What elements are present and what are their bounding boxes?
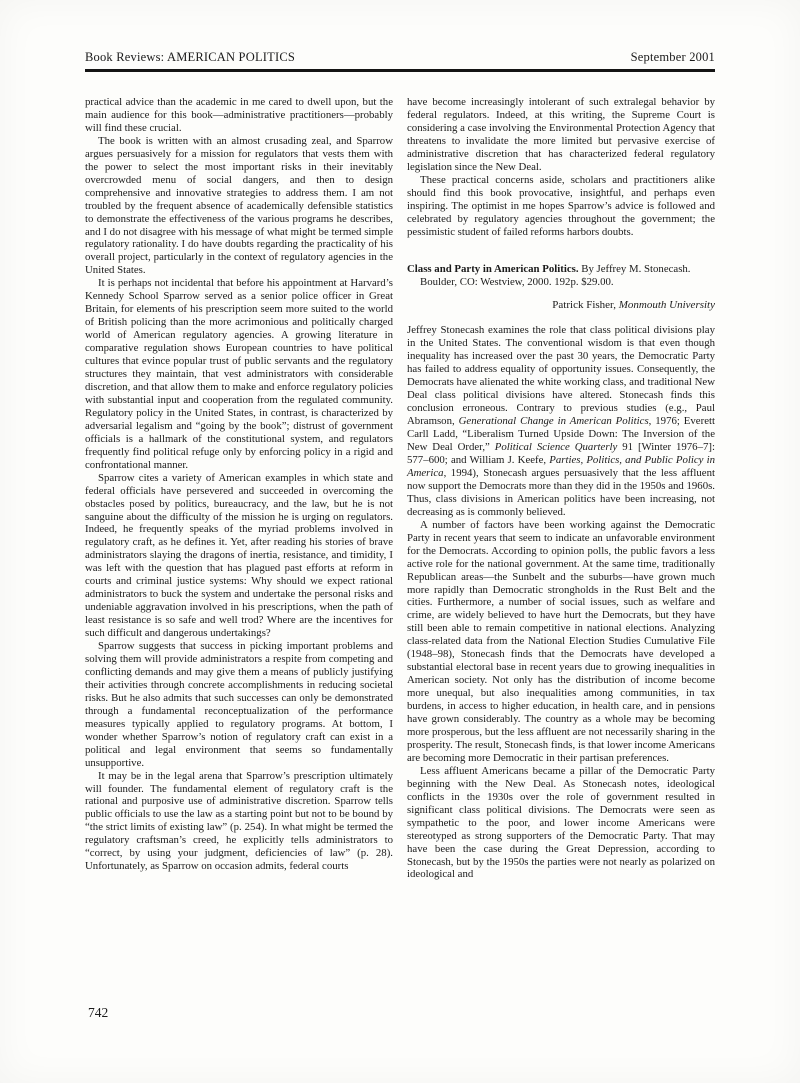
- paragraph: The book is written with an almost crusa…: [85, 135, 393, 277]
- bold-text: Class and Party in American Politics.: [407, 263, 579, 275]
- two-column-body: practical advice than the academic in me…: [85, 96, 715, 881]
- text-run: Patrick Fisher,: [552, 299, 618, 311]
- review-body: Jeffrey Stonecash examines the role that…: [407, 324, 715, 881]
- text-run: Sparrow cites a variety of American exam…: [85, 472, 393, 639]
- text-run: have become increasingly intolerant of s…: [407, 96, 715, 173]
- text-run: Less affluent Americans became a pillar …: [407, 765, 715, 881]
- paragraph: practical advice than the academic in me…: [85, 96, 393, 135]
- book-citation: Class and Party in American Politics. By…: [407, 263, 715, 289]
- reviewer-byline: Patrick Fisher, Monmouth University: [407, 299, 715, 312]
- paragraph: It is perhaps not incidental that before…: [85, 277, 393, 471]
- text-run: It is perhaps not incidental that before…: [85, 277, 393, 470]
- text-run: The book is written with an almost crusa…: [85, 135, 393, 277]
- text-run: A number of factors have been working ag…: [407, 519, 715, 764]
- text-run: practical advice than the academic in me…: [85, 96, 393, 134]
- paragraph: A number of factors have been working ag…: [407, 519, 715, 765]
- paragraph: It may be in the legal arena that Sparro…: [85, 770, 393, 874]
- review-continuation: have become increasingly intolerant of s…: [407, 96, 715, 238]
- paragraph: Sparrow cites a variety of American exam…: [85, 472, 393, 640]
- text-run: , 1994), Stonecash argues persuasively t…: [407, 467, 715, 518]
- italic-text: Monmouth University: [619, 299, 715, 311]
- page-number: 742: [88, 1005, 108, 1021]
- page-header: Book Reviews: AMERICAN POLITICS Septembe…: [85, 50, 715, 65]
- italic-text: Generational Change in American Politics: [459, 415, 649, 427]
- running-head: Book Reviews: AMERICAN POLITICS: [85, 50, 295, 65]
- left-column: practical advice than the academic in me…: [85, 96, 393, 881]
- text-run: These practical concerns aside, scholars…: [407, 174, 715, 238]
- issue-date: September 2001: [631, 50, 715, 65]
- paragraph: Less affluent Americans became a pillar …: [407, 765, 715, 882]
- header-rule: [85, 69, 715, 72]
- paragraph: have become increasingly intolerant of s…: [407, 96, 715, 174]
- italic-text: Political Science Quarterly: [495, 441, 618, 453]
- text-run: Jeffrey Stonecash examines the role that…: [407, 324, 715, 427]
- text-run: Sparrow suggests that success in picking…: [85, 640, 393, 769]
- paragraph: These practical concerns aside, scholars…: [407, 174, 715, 239]
- paragraph: Jeffrey Stonecash examines the role that…: [407, 324, 715, 518]
- text-run: It may be in the legal arena that Sparro…: [85, 770, 393, 873]
- paragraph: Sparrow suggests that success in picking…: [85, 640, 393, 770]
- journal-page: Book Reviews: AMERICAN POLITICS Septembe…: [0, 0, 800, 1083]
- right-column: have become increasingly intolerant of s…: [407, 96, 715, 881]
